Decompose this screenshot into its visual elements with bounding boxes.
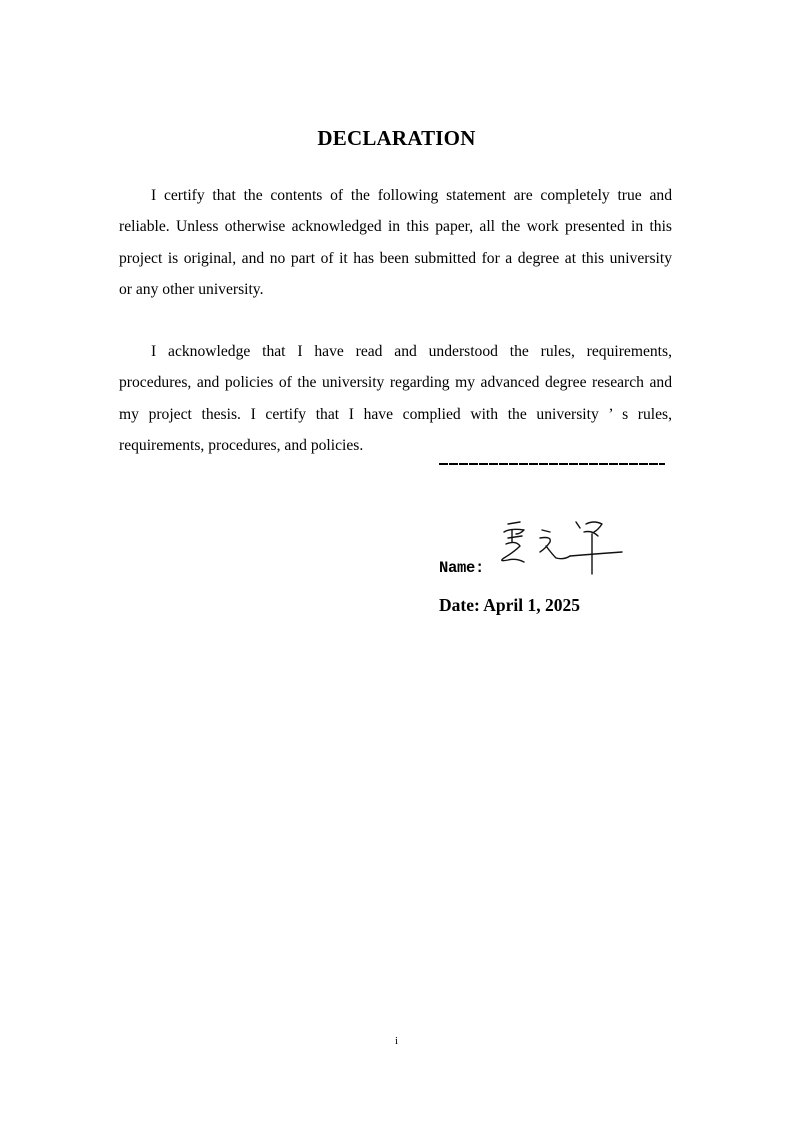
handwritten-signature-image — [494, 518, 626, 578]
signature-line — [439, 463, 665, 465]
page-number: i — [0, 1035, 793, 1047]
paragraph-line: procedures, and policies of the universi… — [119, 367, 672, 398]
paragraph-line: project is original, and no part of it h… — [119, 243, 672, 274]
paragraph-line: I acknowledge that I have read and under… — [119, 336, 672, 367]
paragraph-line: I certify that the contents of the follo… — [119, 180, 672, 211]
name-label: Name: — [439, 559, 484, 577]
paragraph-line: or any other university. — [119, 274, 672, 305]
document-page: DECLARATION I certify that the contents … — [0, 0, 793, 1122]
acknowledgement-paragraph: I acknowledge that I have read and under… — [119, 336, 672, 461]
page-title: DECLARATION — [0, 126, 793, 151]
paragraph-line: reliable. Unless otherwise acknowledged … — [119, 211, 672, 242]
date-field: Date: April 1, 2025 — [439, 595, 580, 616]
paragraph-line: my project thesis. I certify that I have… — [119, 399, 672, 430]
certification-paragraph: I certify that the contents of the follo… — [119, 180, 672, 305]
paragraph-line: requirements, procedures, and policies. — [119, 430, 672, 461]
